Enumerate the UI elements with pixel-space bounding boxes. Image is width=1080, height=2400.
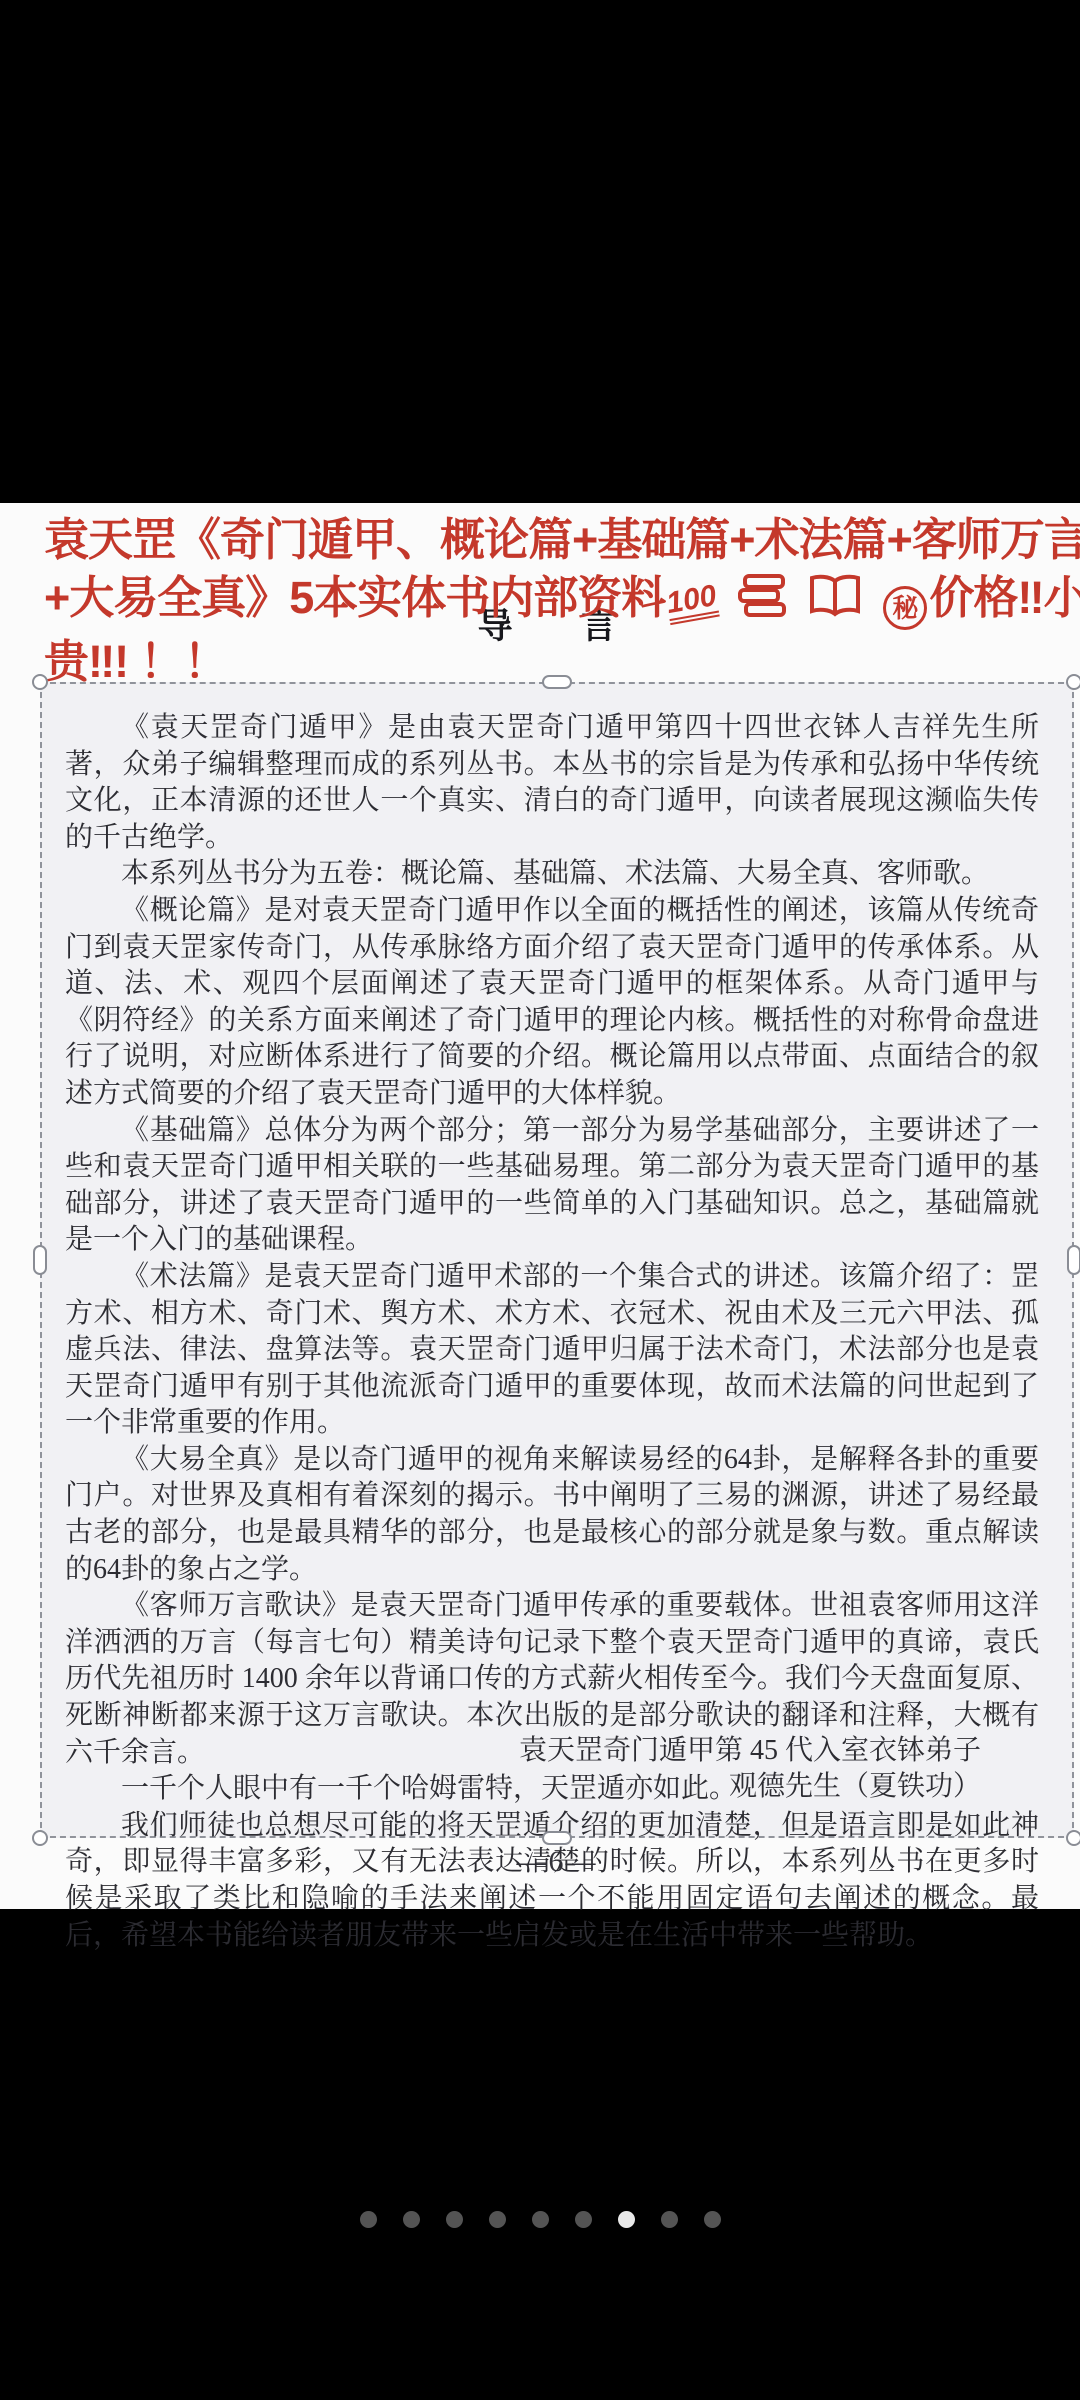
promo-line-1: 袁天罡《奇门遁甲、概论篇+基础篇+术法篇+客师万言歌 (44, 511, 1058, 569)
carousel-dots (0, 2211, 1080, 2228)
preface-paragraph: 《袁天罡奇门遁甲》是由袁天罡奇门遁甲第四十四世衣钵人吉祥先生所著，众弟子编辑整理… (65, 710, 1039, 856)
carousel-dot[interactable] (360, 2211, 377, 2228)
preface-paragraph: 我们师徒也总想尽可能的将天罡遁介绍的更加清楚，但是语言即是如此神奇，即显得丰富多… (65, 1808, 1039, 1954)
preface-paragraph: 《术法篇》是袁天罡奇门遁甲术部的一个集合式的讲述。该篇介绍了：罡方术、相方术、奇… (65, 1259, 1039, 1442)
promo-line-2-text-after: 价格‼小 (929, 572, 1080, 623)
secret-circled-icon: 秘 (883, 586, 927, 630)
carousel-dot[interactable] (618, 2211, 635, 2228)
preface-text-box[interactable]: 《袁天罡奇门遁甲》是由袁天罡奇门遁甲第四十四世衣钵人吉祥先生所著，众弟子编辑整理… (40, 682, 1074, 1838)
selection-handle-bottom-center[interactable] (542, 1831, 572, 1845)
selection-handle-top-left[interactable] (32, 674, 48, 690)
signature-line: 袁天罡奇门遁甲第 45 代入室衣钵弟子 (65, 1733, 981, 1770)
carousel-dot[interactable] (704, 2211, 721, 2228)
selection-handle-top-center[interactable] (542, 675, 572, 689)
open-book-icon (807, 573, 863, 633)
preface-paragraph: 《概论篇》是对袁天罡奇门遁甲作以全面的概括性的阐述，该篇从传统奇门到袁天罡家传奇… (65, 893, 1039, 1113)
signature-line: 观德先生（夏铁功） (65, 1769, 981, 1806)
selection-handle-bottom-right[interactable] (1066, 1830, 1080, 1846)
carousel-dot[interactable] (489, 2211, 506, 2228)
preface-paragraph: 《基础篇》总体分为两个部分；第一部分为易学基础部分，主要讲述了一些和袁天罡奇门遁… (65, 1113, 1039, 1259)
carousel-dot[interactable] (575, 2211, 592, 2228)
signature-block: 袁天罡奇门遁甲第 45 代入室衣钵弟子观德先生（夏铁功） (65, 1649, 1039, 1806)
book-preface-photo[interactable]: 导 言 袁天罡《奇门遁甲、概论篇+基础篇+术法篇+客师万言歌 +大易全真》5本实… (0, 503, 1080, 1909)
selection-handle-bottom-left[interactable] (32, 1830, 48, 1846)
selection-handle-right-middle[interactable] (1067, 1245, 1080, 1275)
books-stack-icon (737, 573, 787, 633)
selection-handle-left-middle[interactable] (33, 1245, 47, 1275)
carousel-dot[interactable] (661, 2211, 678, 2228)
preface-paragraph: 《大易全真》是以奇门遁甲的视角来解读易经的64卦，是解释各卦的重要门户。对世界及… (65, 1442, 1039, 1588)
phone-screen: 导 言 袁天罡《奇门遁甲、概论篇+基础篇+术法篇+客师万言歌 +大易全真》5本实… (0, 0, 1080, 2400)
preface-paragraph: 本系列丛书分为五卷：概论篇、基础篇、术法篇、大易全真、客师歌。 (65, 856, 1039, 893)
hundred-points-icon: 100 (665, 581, 721, 625)
selection-handle-top-right[interactable] (1066, 674, 1080, 690)
promo-overlay: 袁天罡《奇门遁甲、概论篇+基础篇+术法篇+客师万言歌 +大易全真》5本实体书内部… (44, 511, 1058, 691)
promo-line-2: +大易全真》5本实体书内部资料100秘价格‼小 (44, 569, 1058, 633)
carousel-dot[interactable] (532, 2211, 549, 2228)
carousel-dot[interactable] (403, 2211, 420, 2228)
promo-line-2-text: +大易全真》5本实体书内部资料 (44, 572, 665, 623)
carousel-dot[interactable] (446, 2211, 463, 2228)
